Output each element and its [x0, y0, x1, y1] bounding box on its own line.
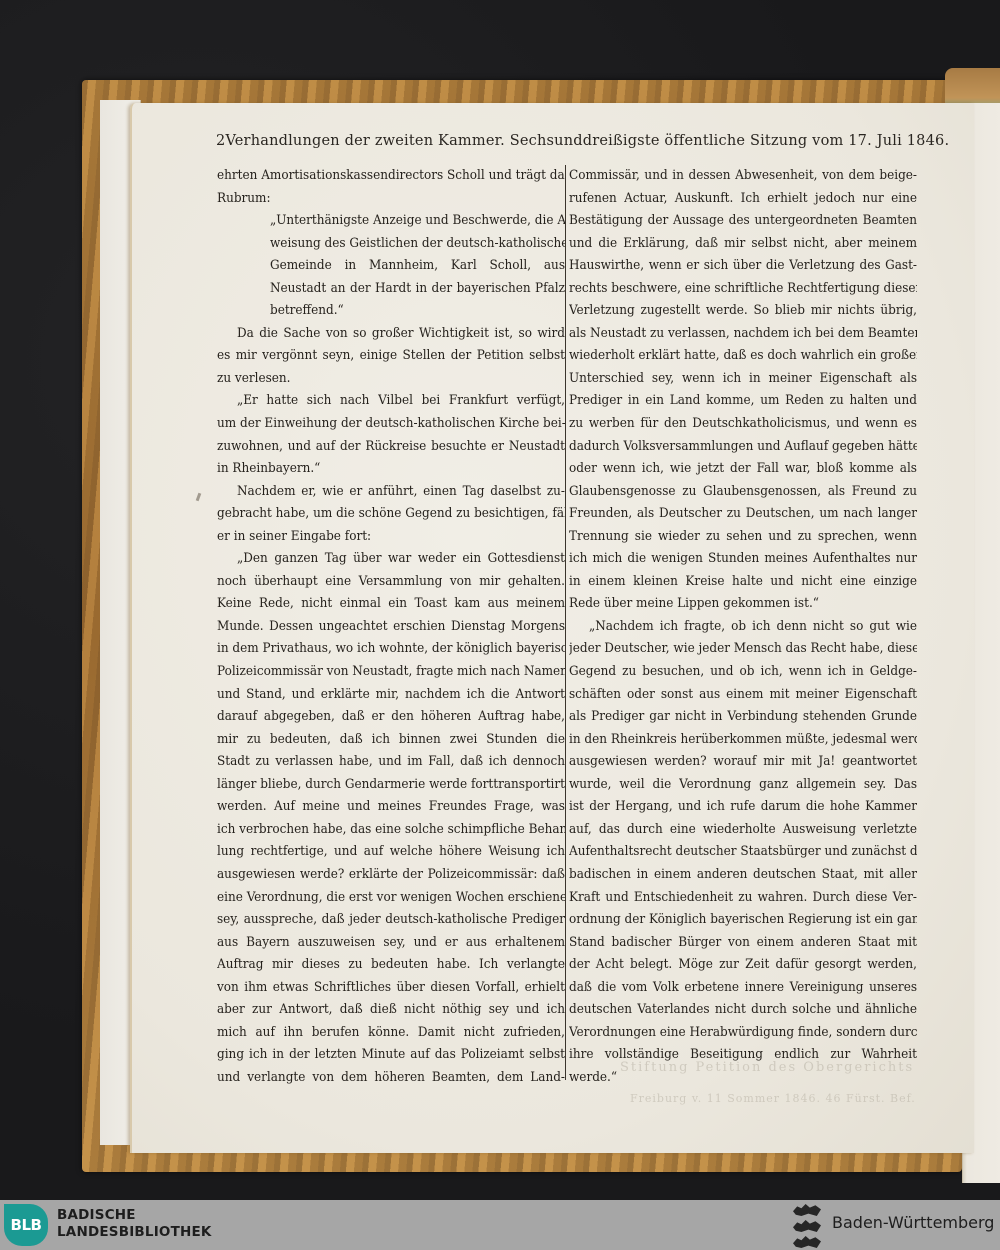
- text-line: gebracht habe, um die schöne Gegend zu b…: [217, 503, 565, 526]
- text-line: mich auf ihn berufen könne. Damit nicht …: [217, 1022, 565, 1045]
- text-line: Hauswirthe, wenn er sich über die Verlet…: [569, 255, 917, 278]
- text-line: Neustadt an der Hardt in der bayerischen…: [217, 278, 565, 301]
- blb-line-2: LANDESBIBLIOTHEK: [57, 1224, 212, 1241]
- text-line: Munde. Dessen ungeachtet erschien Dienst…: [217, 616, 565, 639]
- viewer-footer: BLB BADISCHE LANDESBIBLIOTHEK Baden-Würt…: [0, 1200, 1000, 1250]
- text-line: und verlangte von dem höheren Beamten, d…: [217, 1067, 565, 1090]
- text-line: länger bliebe, durch Gendarmerie werde f…: [217, 774, 565, 797]
- text-line: er in seiner Eingabe fort:: [217, 526, 565, 549]
- text-line: „Den ganzen Tag über war weder ein Gotte…: [217, 548, 565, 571]
- text-line: darauf abgegeben, daß er den höheren Auf…: [217, 706, 565, 729]
- text-line: in Rheinbayern.“: [217, 458, 565, 481]
- text-line: als Prediger gar nicht in Verbindung ste…: [569, 706, 917, 729]
- text-line: und Stand, und erklärte mir, nachdem ich…: [217, 684, 565, 707]
- text-line: aus Bayern auszuweisen sey, und er aus e…: [217, 932, 565, 955]
- text-line: oder wenn ich, wie jetzt der Fall war, b…: [569, 458, 917, 481]
- text-line: sey, ausspreche, daß jeder deutsch-katho…: [217, 909, 565, 932]
- text-line: Verletzung zugestellt werde. So blieb mi…: [569, 300, 917, 323]
- text-line: wiederholt erklärt hatte, daß es doch wa…: [569, 345, 917, 368]
- baden-wuerttemberg-logo-text[interactable]: Baden-Württemberg: [832, 1213, 994, 1232]
- bleed-through-text-2: Freiburg v. 11 Sommer 1846. 46 Fürst. Be…: [630, 1092, 916, 1105]
- text-column-right: Commissär, und in dessen Abwesenheit, vo…: [569, 165, 917, 1089]
- blb-line-1: BADISCHE: [57, 1207, 212, 1224]
- text-line: betreffend.“: [217, 300, 565, 323]
- text-line: „Nachdem ich fragte, ob ich denn nicht s…: [569, 616, 917, 639]
- lion-icon: [793, 1204, 821, 1216]
- text-line: Keine Rede, nicht einmal ein Toast kam a…: [217, 593, 565, 616]
- text-line: mir zu bedeuten, daß ich binnen zwei Stu…: [217, 729, 565, 752]
- text-line: um der Einweihung der deutsch-katholisch…: [217, 413, 565, 436]
- text-line: in dem Privathaus, wo ich wohnte, der kö…: [217, 638, 565, 661]
- text-line: Gemeinde in Mannheim, Karl Scholl, aus: [217, 255, 565, 278]
- text-line: zu werben für den Deutschkatholicismus, …: [569, 413, 917, 436]
- text-line: auf, das durch eine wiederholte Ausweisu…: [569, 819, 917, 842]
- text-line: weisung des Geistlichen der deutsch-kath…: [217, 233, 565, 256]
- text-line: werden. Auf meine und meines Freundes Fr…: [217, 796, 565, 819]
- lion-icon: [793, 1220, 821, 1232]
- text-line: Da die Sache von so großer Wichtigkeit i…: [217, 323, 565, 346]
- lion-icon: [793, 1236, 821, 1248]
- column-divider: [565, 165, 566, 1080]
- text-line: Trennung sie wieder zu sehen und zu spre…: [569, 526, 917, 549]
- text-line: ich mich die wenigen Stunden meines Aufe…: [569, 548, 917, 571]
- text-line: Commissär, und in dessen Abwesenheit, vo…: [569, 165, 917, 188]
- text-line: ausgewiesen werde? erklärte der Polizeic…: [217, 864, 565, 887]
- text-line: der Acht belegt. Möge zur Zeit dafür ges…: [569, 954, 917, 977]
- text-line: rechts beschwere, eine schriftliche Rech…: [569, 278, 917, 301]
- text-line: ich verbrochen habe, das eine solche sch…: [217, 819, 565, 842]
- text-line: in den Rheinkreis herüberkommen müßte, j…: [569, 729, 917, 752]
- text-column-left: ehrten Amortisationskassendirectors Scho…: [217, 165, 565, 1089]
- text-line: Stadt zu verlassen habe, und im Fall, da…: [217, 751, 565, 774]
- text-line: „Unterthänigste Anzeige und Beschwerde, …: [217, 210, 565, 233]
- text-line: Aufenthaltsrecht deutscher Staatsbürger …: [569, 841, 917, 864]
- text-line: Freunden, als Deutscher zu Deutschen, um…: [569, 503, 917, 526]
- text-line: Gegend zu besuchen, und ob ich, wenn ich…: [569, 661, 917, 684]
- text-line: daß die vom Volk erbetene innere Vereini…: [569, 977, 917, 1000]
- text-line: „Er hatte sich nach Vilbel bei Frankfurt…: [217, 390, 565, 413]
- text-line: Kraft und Entschiedenheit zu wahren. Dur…: [569, 887, 917, 910]
- text-line: in einem kleinen Kreise halte und nicht …: [569, 571, 917, 594]
- text-line: Prediger in ein Land komme, um Reden zu …: [569, 390, 917, 413]
- text-line: eine Verordnung, die erst vor wenigen Wo…: [217, 887, 565, 910]
- text-line: ging ich in der letzten Minute auf das P…: [217, 1044, 565, 1067]
- text-line: lung rechtfertige, und auf welche höhere…: [217, 841, 565, 864]
- text-line: ordnung der Königlich bayerischen Regier…: [569, 909, 917, 932]
- text-line: Rubrum:: [217, 188, 565, 211]
- text-line: von ihm etwas Schriftliches über diesen …: [217, 977, 565, 1000]
- text-line: noch überhaupt eine Versammlung von mir …: [217, 571, 565, 594]
- text-line: Bestätigung der Aussage des untergeordne…: [569, 210, 917, 233]
- text-line: Polizeicommissär von Neustadt, fragte mi…: [217, 661, 565, 684]
- text-line: aber zur Antwort, daß dieß nicht nöthig …: [217, 999, 565, 1022]
- text-line: Rede über meine Lippen gekommen ist.“: [569, 593, 917, 616]
- text-line: als Neustadt zu verlassen, nachdem ich b…: [569, 323, 917, 346]
- text-line: Stand badischer Bürger von einem anderen…: [569, 932, 917, 955]
- text-line: schäften oder sonst aus einem mit meiner…: [569, 684, 917, 707]
- text-line: zu verlesen.: [217, 368, 565, 391]
- text-line: deutschen Vaterlandes nicht durch solche…: [569, 999, 917, 1022]
- three-lions-crest-icon[interactable]: [790, 1204, 824, 1248]
- bleed-through-text: Stiftung Petition des Obergerichts: [620, 1060, 914, 1075]
- text-line: ehrten Amortisationskassendirectors Scho…: [217, 165, 565, 188]
- blb-logo-text[interactable]: BADISCHE LANDESBIBLIOTHEK: [57, 1207, 212, 1241]
- blb-logo-icon[interactable]: BLB: [4, 1204, 48, 1246]
- text-line: Nachdem er, wie er anführt, einen Tag da…: [217, 481, 565, 504]
- text-line: jeder Deutscher, wie jeder Mensch das Re…: [569, 638, 917, 661]
- text-line: wurde, weil die Verordnung ganz allgemei…: [569, 774, 917, 797]
- text-line: zuwohnen, und auf der Rückreise besuchte…: [217, 436, 565, 459]
- text-line: Auftrag mir dieses zu bedeuten habe. Ich…: [217, 954, 565, 977]
- running-head: 2 Verhandlungen der zweiten Kammer. Sech…: [216, 133, 866, 149]
- text-line: und die Erklärung, daß mir selbst nicht,…: [569, 233, 917, 256]
- text-line: es mir vergönnt seyn, einige Stellen der…: [217, 345, 565, 368]
- text-line: Unterschied sey, wenn ich in meiner Eige…: [569, 368, 917, 391]
- text-line: Verordnungen eine Herabwürdigung finde, …: [569, 1022, 917, 1045]
- text-line: ausgewiesen werden? worauf mir mit Ja! g…: [569, 751, 917, 774]
- text-line: badischen in einem anderen deutschen Sta…: [569, 864, 917, 887]
- running-head-title: Verhandlungen der zweiten Kammer. Sechsu…: [225, 133, 949, 149]
- text-line: rufenen Actuar, Auskunft. Ich erhielt je…: [569, 188, 917, 211]
- text-line: ist der Hergang, und ich rufe darum die …: [569, 796, 917, 819]
- text-line: Glaubensgenosse zu Glaubensgenossen, als…: [569, 481, 917, 504]
- text-line: dadurch Volksversammlungen und Auflauf g…: [569, 436, 917, 459]
